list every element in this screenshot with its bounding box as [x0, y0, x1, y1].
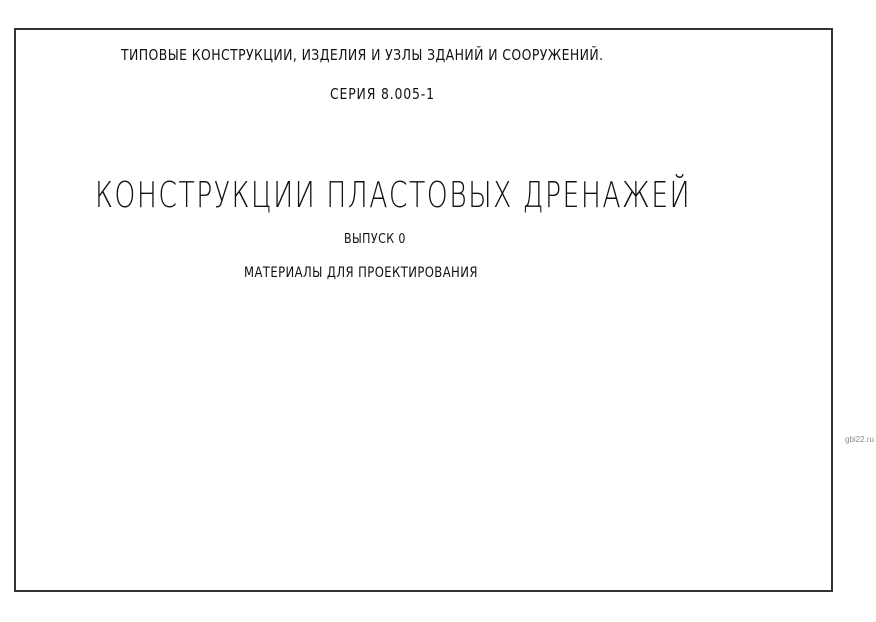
series-title: ТИПОВЫЕ КОНСТРУКЦИИ, ИЗДЕЛИЯ И УЗЛЫ ЗДАН…: [121, 46, 603, 64]
subtitle: МАТЕРИАЛЫ ДЛЯ ПРОЕКТИРОВАНИЯ: [244, 265, 478, 281]
main-title: КОНСТРУКЦИИ ПЛАСТОВЫХ ДРЕНАЖЕЙ: [95, 175, 691, 216]
series-number: СЕРИЯ 8.005-1: [330, 85, 435, 103]
watermark: gbi22.ru: [845, 435, 874, 444]
issue-number: ВЫПУСК 0: [344, 232, 406, 247]
drawing-frame: [14, 28, 833, 592]
